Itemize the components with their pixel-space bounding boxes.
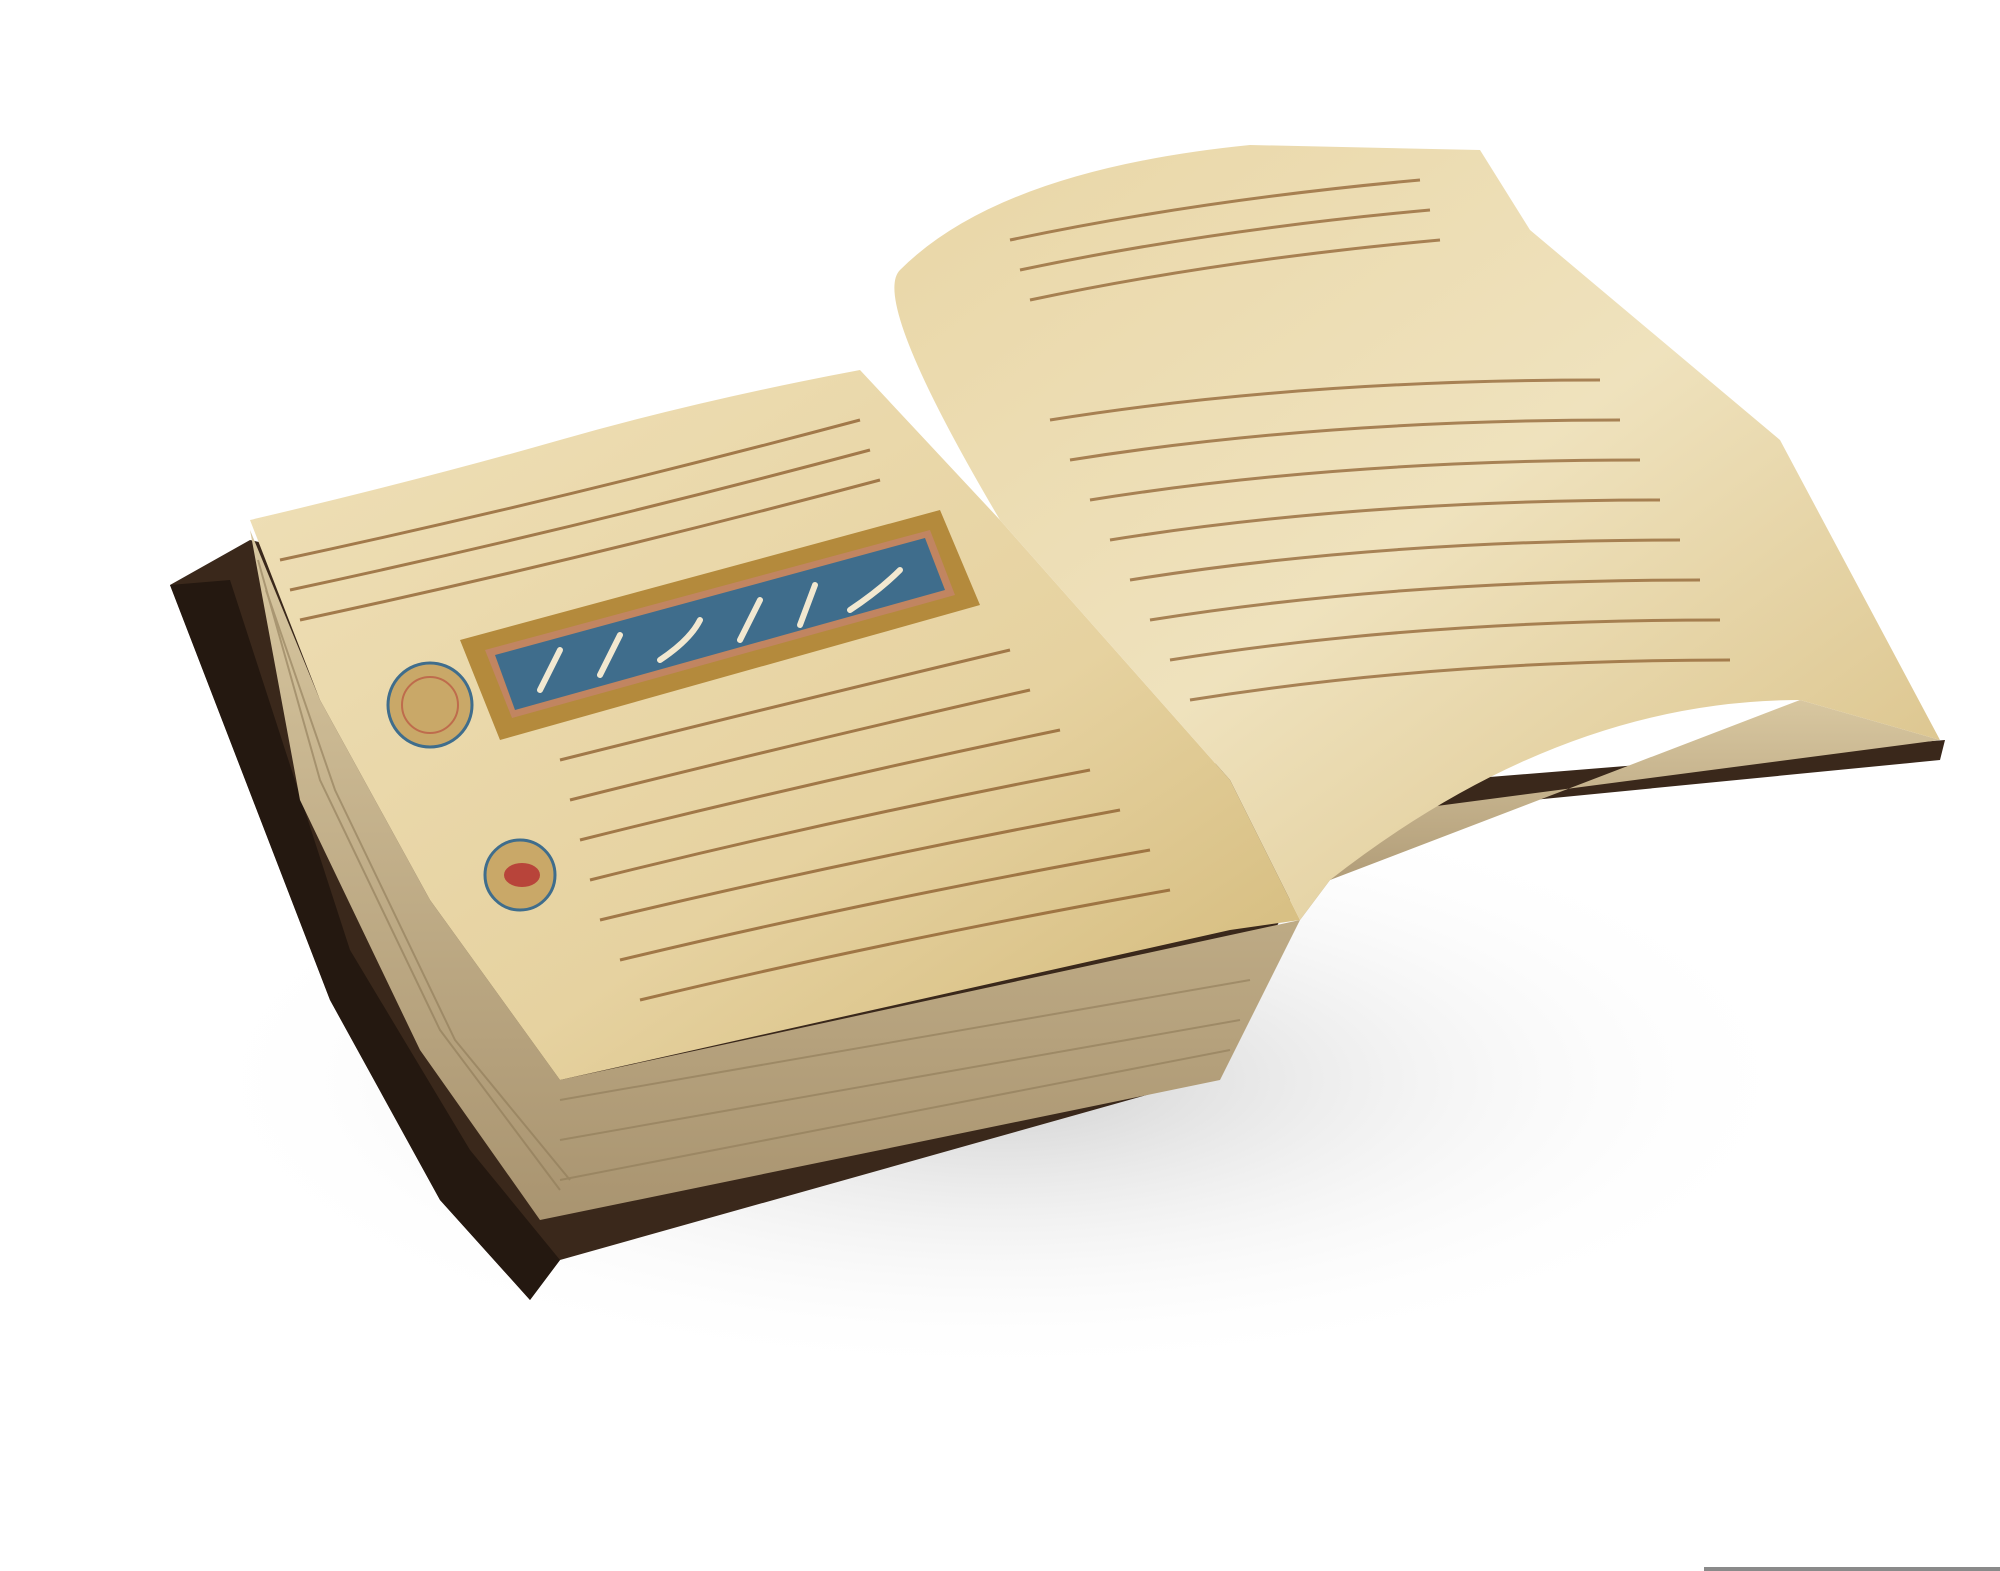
bottom-edge-bar [1704,1567,2000,1571]
manuscript-photo [0,0,2000,1571]
floral-medallion-top [388,663,472,747]
photo-stage [0,0,2000,1571]
